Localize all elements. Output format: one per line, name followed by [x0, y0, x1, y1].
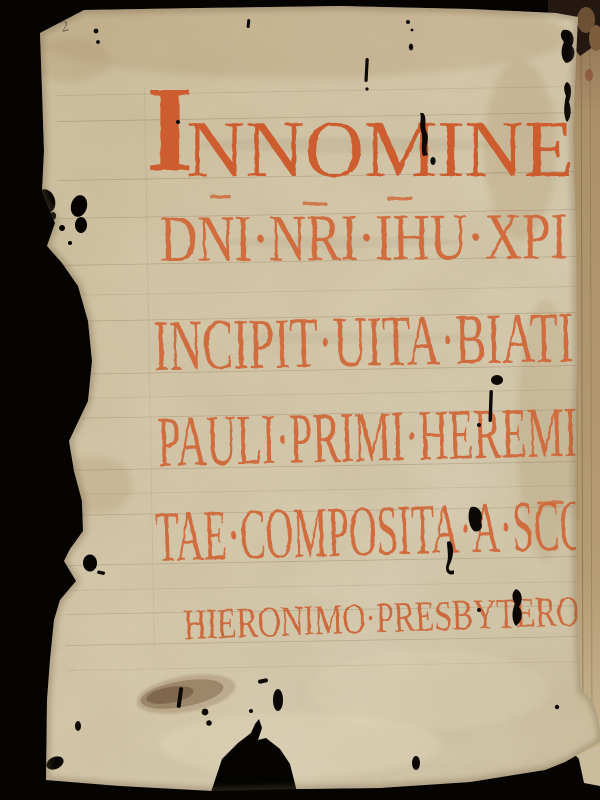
line3-text: INCIPIT·UITA·BIATI: [153, 297, 575, 386]
parchment-page: I NNOMINE DNI·NRI·IHU·XPI INCIPIT·UITA·B…: [0, 0, 600, 800]
line2-text: DNI·NRI·IHU·XPI: [160, 200, 568, 276]
line1-text: NNOMINE: [186, 106, 574, 194]
manuscript-page-svg: I NNOMINE DNI·NRI·IHU·XPI INCIPIT·UITA·B…: [0, 0, 600, 800]
rubric-text: I NNOMINE DNI·NRI·IHU·XPI INCIPIT·UITA·B…: [146, 62, 588, 649]
line4-text: PAULI·PRIMI·HEREMI: [156, 392, 578, 482]
manuscript-photo: I NNOMINE DNI·NRI·IHU·XPI INCIPIT·UITA·B…: [0, 0, 600, 800]
line5-text: TAE·COMPOSITA·A·SCO: [154, 485, 588, 577]
